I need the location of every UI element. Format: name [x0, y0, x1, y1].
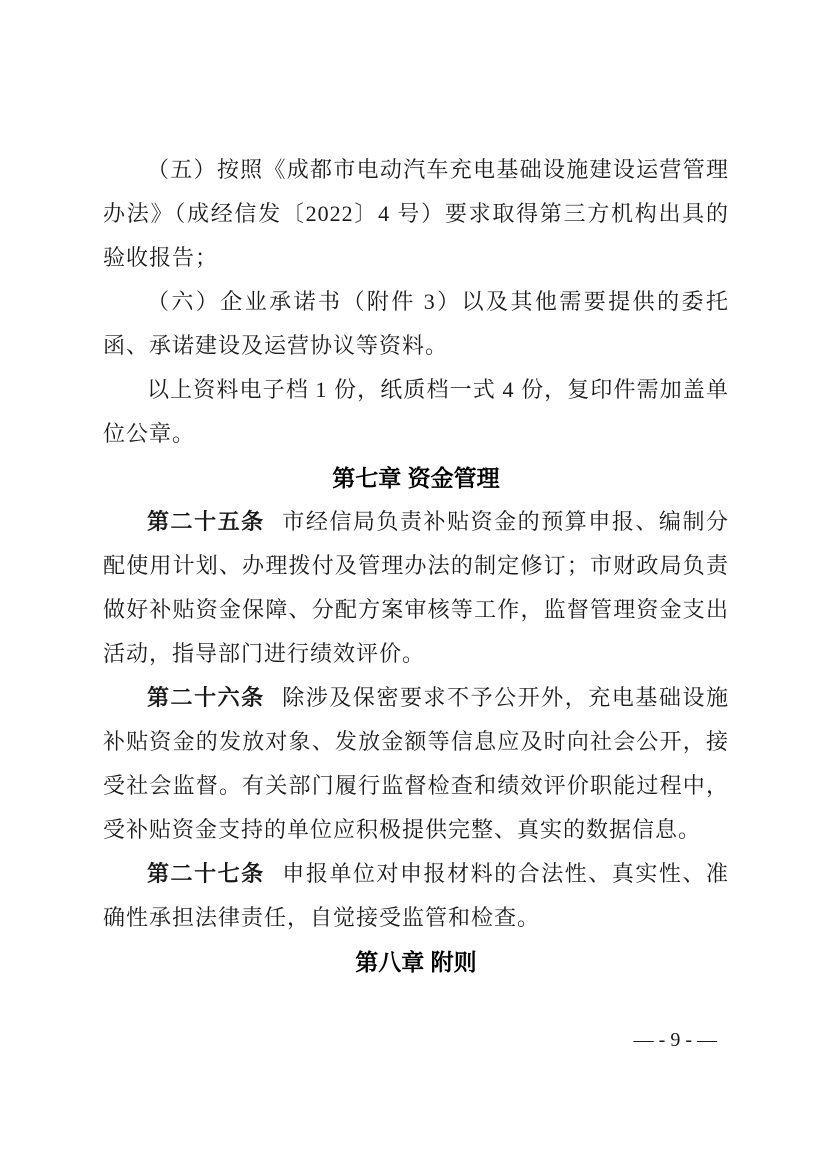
clause-5-paragraph: （五）按照《成都市电动汽车充电基础设施建设运营管理办法》（成经信发〔2022〕4…: [103, 148, 729, 280]
chapter-8-heading: 第八章 附则: [103, 940, 729, 984]
footer-page-label: - 9 -: [659, 1028, 692, 1052]
footer-left-dash: —: [634, 1028, 654, 1052]
chapter-7-heading: 第七章 资金管理: [103, 456, 729, 500]
page-number: — - 9 - —: [634, 1028, 717, 1052]
article-27-paragraph: 第二十七条申报单位对申报材料的合法性、真实性、准确性承担法律责任，自觉接受监管和…: [103, 852, 729, 940]
footer-right-dash: —: [697, 1028, 717, 1052]
article-25-paragraph: 第二十五条市经信局负责补贴资金的预算申报、编制分配使用计划、办理拨付及管理办法的…: [103, 500, 729, 676]
article-27-number: 第二十七条: [147, 861, 265, 886]
article-26-number: 第二十六条: [147, 685, 265, 710]
article-25-number: 第二十五条: [147, 509, 265, 534]
document-content: （五）按照《成都市电动汽车充电基础设施建设运营管理办法》（成经信发〔2022〕4…: [103, 148, 729, 984]
article-26-paragraph: 第二十六条除涉及保密要求不予公开外，充电基础设施补贴资金的发放对象、发放金额等信…: [103, 676, 729, 852]
materials-note-paragraph: 以上资料电子档 1 份，纸质档一式 4 份，复印件需加盖单位公章。: [103, 368, 729, 456]
document-page: （五）按照《成都市电动汽车充电基础设施建设运营管理办法》（成经信发〔2022〕4…: [0, 0, 826, 1169]
clause-6-paragraph: （六）企业承诺书（附件 3）以及其他需要提供的委托函、承诺建设及运营协议等资料。: [103, 280, 729, 368]
